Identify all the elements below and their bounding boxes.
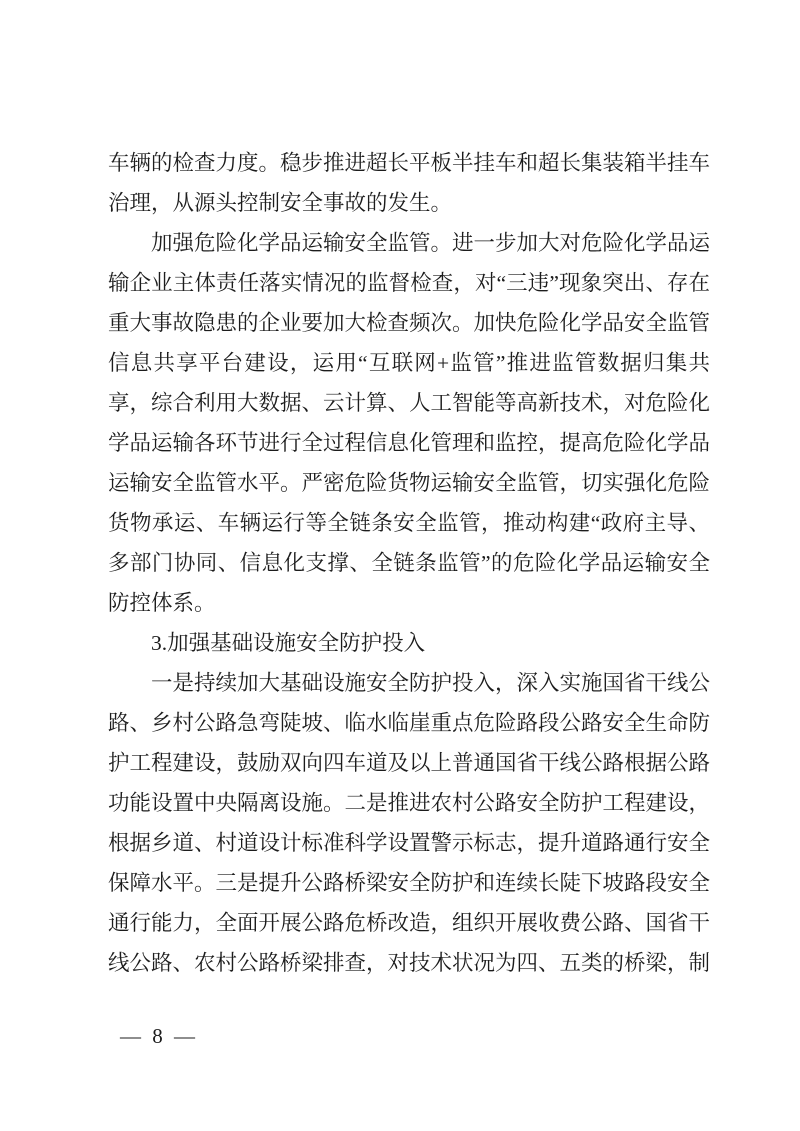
body-text: 车辆的检查力度。稳步推进超长平板半挂车和超长集装箱半挂车治理，从源头控制安全事故… [108,143,710,983]
document-page: 车辆的检查力度。稳步推进超长平板半挂车和超长集装箱半挂车治理，从源头控制安全事故… [0,0,800,1131]
paragraph-2: 加强危险化学品运输安全监管。进一步加大对危险化学品运输企业主体责任落实情况的监督… [108,223,710,623]
paragraph-1: 车辆的检查力度。稳步推进超长平板半挂车和超长集装箱半挂车治理，从源头控制安全事故… [108,143,710,223]
paragraph-3: 3.加强基础设施安全防护投入 [108,623,710,663]
paragraph-4: 一是持续加大基础设施安全防护投入，深入实施国省干线公路、乡村公路急弯陡坡、临水临… [108,663,710,983]
page-number: — 8 — [120,1021,198,1051]
